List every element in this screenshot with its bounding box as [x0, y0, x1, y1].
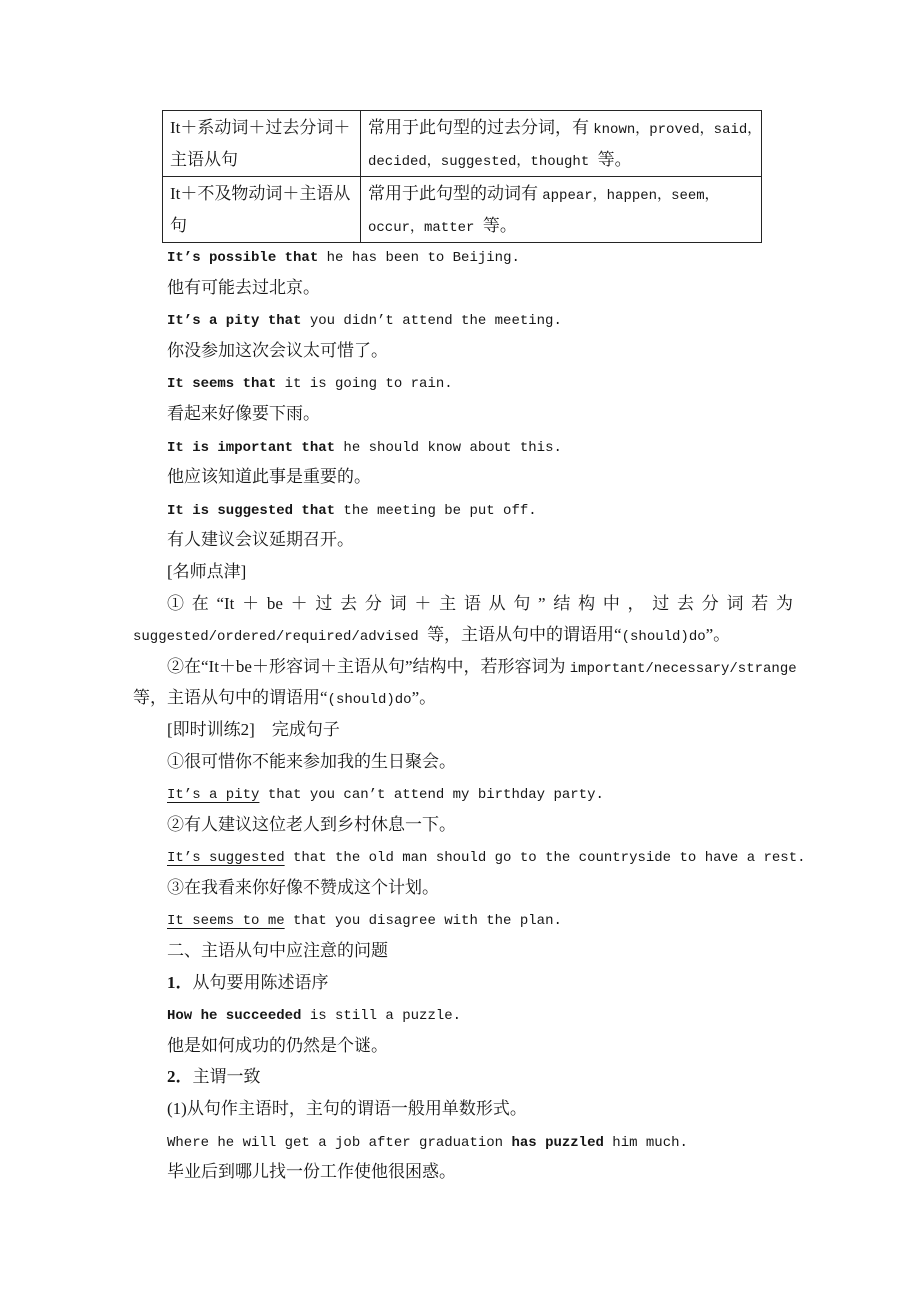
teacher-note-tag: [名师点津] — [133, 556, 793, 588]
underlined-answer: It’s a pity — [167, 787, 259, 803]
text-segment: him much. — [604, 1135, 688, 1151]
point-2-heading: 2．主谓一致 — [133, 1061, 793, 1093]
text-segment: he has been to Beijing. — [318, 250, 520, 266]
underlined-answer: It’s suggested — [167, 850, 285, 866]
text-segment: ②有人建议这位老人到乡村休息一下。 — [167, 815, 456, 834]
drill-2-heading: [即时训练2] 完成句子 — [133, 714, 793, 746]
bold-phrase: It is suggested that — [167, 503, 335, 519]
example-5-en: It is suggested that the meeting be put … — [133, 493, 793, 525]
text-segment: appear，happen，seem， — [542, 188, 718, 204]
description-line: 常用于此句型的动词有 appear，happen，seem， — [368, 178, 761, 210]
text-segment: known，proved，said， — [593, 122, 761, 138]
text-segment: 毕业后到哪儿找一份工作使他很困惑。 — [167, 1162, 456, 1181]
drill-2-a2: It’s suggested that the old man should g… — [133, 840, 793, 872]
bold-phrase: It’s a pity that — [167, 313, 301, 329]
text-segment: that you disagree with the plan. — [285, 913, 562, 929]
example-1-en: It’s possible that he has been to Beijin… — [133, 240, 793, 272]
text-segment: you didn’t attend the meeting. — [301, 313, 561, 329]
bold-phrase: It’s possible that — [167, 250, 318, 266]
grammar-pattern-table: It＋系动词＋过去分词＋主语从句 常用于此句型的过去分词，有 known，pro… — [162, 110, 762, 243]
text-segment: (should)do — [622, 629, 706, 645]
text-segment: 看起来好像要下雨。 — [167, 404, 320, 423]
example-4-cn: 他应该知道此事是重要的。 — [133, 461, 793, 493]
text-segment: ②在“It＋be＋形容词＋主语从句”结构中，若形容词为 — [167, 657, 570, 676]
description-line: 常用于此句型的过去分词，有 known，proved，said， — [368, 112, 761, 144]
description-cell: 常用于此句型的过去分词，有 known，proved，said，decided，… — [361, 111, 762, 177]
pattern-cell: It＋不及物动词＋主语从句 — [163, 177, 361, 243]
text-segment: 从句要用陈述语序 — [193, 973, 329, 992]
table-row: It＋不及物动词＋主语从句 常用于此句型的动词有 appear，happen，s… — [163, 177, 762, 243]
text-segment: ③在我看来你好像不赞成这个计划。 — [167, 878, 439, 897]
text-segment: suggested/ordered/required/advised — [133, 629, 427, 645]
text-segment: ①在“It＋be＋过去分词＋主语从句”结构中，过去分词若为 — [167, 594, 793, 613]
text-segment: 你没参加这次会议太可惜了。 — [167, 341, 388, 360]
text-segment: 等，主语从句中的谓语用“ — [427, 625, 622, 644]
description-cell: 常用于此句型的动词有 appear，happen，seem，occur，matt… — [361, 177, 762, 243]
text-segment: 常用于此句型的过去分词，有 — [368, 118, 593, 137]
text-segment: 二、主语从句中应注意的问题 — [167, 941, 388, 960]
text-segment: ”。 — [706, 625, 731, 644]
text-segment: the meeting be put off. — [335, 503, 537, 519]
drill-2-a1: It’s a pity that you can’t attend my bir… — [133, 777, 793, 809]
text-segment: [名师点津] — [167, 562, 246, 581]
text-segment: 主谓一致 — [193, 1067, 261, 1086]
example-2-cn: 你没参加这次会议太可惜了。 — [133, 335, 793, 367]
note-1-line-2: suggested/ordered/required/advised 等，主语从… — [133, 619, 793, 651]
text-segment: that the old man should go to the countr… — [285, 850, 806, 866]
document-body: It’s possible that he has been to Beijin… — [133, 240, 793, 1188]
text-segment: (1)从句作主语时，主句的谓语一般用单数形式。 — [167, 1099, 527, 1118]
pattern-cell: It＋系动词＋过去分词＋主语从句 — [163, 111, 361, 177]
section-2-heading: 二、主语从句中应注意的问题 — [133, 935, 793, 967]
example-3-en: It seems that it is going to rain. — [133, 366, 793, 398]
bold-phrase: It is important that — [167, 440, 335, 456]
text-segment: 他有可能去过北京。 — [167, 278, 320, 297]
text-segment: decided，suggested，thought — [368, 154, 598, 170]
text-segment: (should)do — [328, 692, 412, 708]
drill-2-a3: It seems to me that you disagree with th… — [133, 903, 793, 935]
example-6-cn: 他是如何成功的仍然是个谜。 — [133, 1030, 793, 1062]
note-2-line-1: ②在“It＋be＋形容词＋主语从句”结构中，若形容词为 important/ne… — [133, 651, 793, 683]
document-page: It＋系动词＋过去分词＋主语从句 常用于此句型的过去分词，有 known，pro… — [0, 0, 920, 1302]
point-1-heading: 1．从句要用陈述语序 — [133, 967, 793, 999]
drill-2-q2: ②有人建议这位老人到乡村休息一下。 — [133, 809, 793, 841]
description-line: decided，suggested，thought 等。 — [368, 144, 761, 176]
point-2-rule-1: (1)从句作主语时，主句的谓语一般用单数形式。 — [133, 1093, 793, 1125]
text-segment: 他应该知道此事是重要的。 — [167, 467, 371, 486]
bold-phrase: It seems that — [167, 376, 276, 392]
example-2-en: It’s a pity that you didn’t attend the m… — [133, 303, 793, 335]
pattern-line: It＋不及物动词＋主语从 — [170, 178, 360, 210]
note-2-line-2: 等，主语从句中的谓语用“(should)do”。 — [133, 682, 793, 714]
drill-2-q3: ③在我看来你好像不赞成这个计划。 — [133, 872, 793, 904]
text-segment: 常用于此句型的动词有 — [368, 184, 542, 203]
pattern-line: 句 — [170, 210, 360, 242]
text-segment: is still a puzzle. — [301, 1008, 461, 1024]
pattern-line: It＋系动词＋过去分词＋ — [170, 112, 360, 144]
underlined-answer: It seems to me — [167, 913, 285, 929]
pattern-line: 主语从句 — [170, 144, 360, 176]
text-segment: ”。 — [412, 688, 437, 707]
text-segment: 等。 — [483, 216, 517, 235]
example-5-cn: 有人建议会议延期召开。 — [133, 524, 793, 556]
example-7-en: Where he will get a job after graduation… — [133, 1125, 793, 1157]
text-segment: 等。 — [598, 150, 632, 169]
text-segment: important/necessary/strange — [570, 661, 797, 677]
example-1-cn: 他有可能去过北京。 — [133, 272, 793, 304]
description-line: occur，matter 等。 — [368, 210, 761, 242]
text-segment: it is going to rain. — [276, 376, 452, 392]
example-7-cn: 毕业后到哪儿找一份工作使他很困惑。 — [133, 1156, 793, 1188]
text-segment: Where he will get a job after graduation — [167, 1135, 511, 1151]
text-segment: 有人建议会议延期召开。 — [167, 530, 354, 549]
table-row: It＋系动词＋过去分词＋主语从句 常用于此句型的过去分词，有 known，pro… — [163, 111, 762, 177]
example-4-en: It is important that he should know abou… — [133, 430, 793, 462]
text-segment: ①很可惜你不能来参加我的生日聚会。 — [167, 752, 456, 771]
bold-phrase: How he succeeded — [167, 1008, 301, 1024]
example-6-en: How he succeeded is still a puzzle. — [133, 998, 793, 1030]
drill-2-q1: ①很可惜你不能来参加我的生日聚会。 — [133, 746, 793, 778]
text-segment: [即时训练2] 完成句子 — [167, 720, 340, 739]
text-segment: 他是如何成功的仍然是个谜。 — [167, 1036, 388, 1055]
bold-phrase: has puzzled — [511, 1135, 603, 1151]
bold-phrase: 2． — [167, 1067, 193, 1086]
text-segment: that you can’t attend my birthday party. — [259, 787, 603, 803]
text-segment: 等，主语从句中的谓语用“ — [133, 688, 328, 707]
text-segment: he should know about this. — [335, 440, 562, 456]
text-segment: occur，matter — [368, 220, 483, 236]
bold-phrase: 1． — [167, 973, 193, 992]
note-1-line-1: ①在“It＋be＋过去分词＋主语从句”结构中，过去分词若为 — [133, 588, 793, 620]
example-3-cn: 看起来好像要下雨。 — [133, 398, 793, 430]
